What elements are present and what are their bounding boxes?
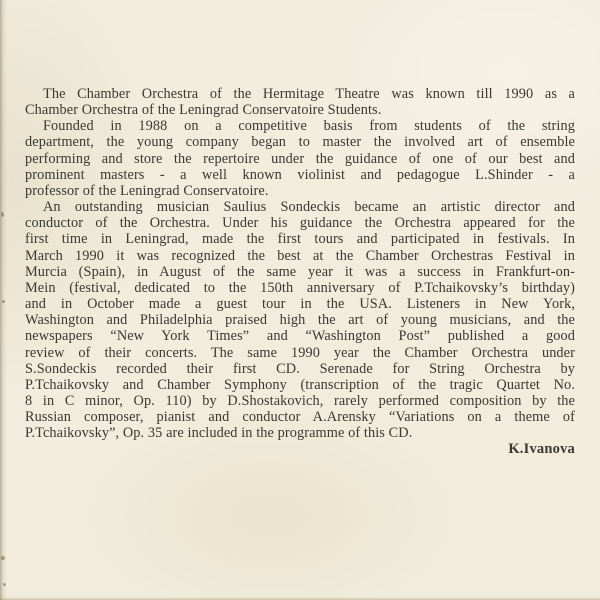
paragraphs-container: The Chamber Orchestra of the Hermitage T… (25, 86, 575, 441)
text-line: Russian composer, pianist and conductor … (25, 409, 575, 425)
paper-speck (2, 300, 5, 303)
text-line: and in October made a guest tour in the … (25, 296, 575, 312)
paper-speck (1, 212, 4, 217)
text-line: The Chamber Orchestra of the Hermitage T… (25, 86, 575, 102)
paper-speck (3, 583, 6, 586)
text-line: Chamber Orchestra of the Leningrad Conse… (25, 102, 575, 118)
text-line: S.Sondeckis recorded their first CD. Ser… (25, 361, 575, 377)
liner-notes-text: The Chamber Orchestra of the Hermitage T… (25, 86, 575, 458)
text-line: review of their concerts. The same 1990 … (25, 345, 575, 361)
text-line: Washington and Philadelphia praised high… (25, 312, 575, 328)
text-line: prominent masters - a well known violini… (25, 167, 575, 183)
text-line: Murcia (Spain), in August of the same ye… (25, 264, 575, 280)
booklet-page: The Chamber Orchestra of the Hermitage T… (0, 0, 600, 600)
paper-speck (1, 556, 5, 560)
text-line: Founded in 1988 on a competitive basis f… (25, 118, 575, 134)
text-line: March 1990 it was recognized the best at… (25, 248, 575, 264)
text-line: performing and store the repertoire unde… (25, 151, 575, 167)
text-line: An outstanding musician Saulius Sondecki… (25, 199, 575, 215)
text-line: conductor of the Orchestra. Under his gu… (25, 215, 575, 231)
text-line: professor of the Leningrad Conservatoire… (25, 183, 575, 199)
text-line: first time in Leningrad, made the first … (25, 231, 575, 247)
text-line: P.Tchaikovsky”, Op. 35 are included in t… (25, 425, 575, 441)
author-signature: K.Ivanova (25, 441, 575, 457)
text-line: 8 in C minor, Op. 110) by D.Shostakovich… (25, 393, 575, 409)
text-line: Mein (festival, dedicated to the 150th a… (25, 280, 575, 296)
text-line: P.Tchaikovsky and Chamber Symphony (tran… (25, 377, 575, 393)
text-line: department, the young company began to m… (25, 134, 575, 150)
text-line: newspapers “New York Times” and “Washing… (25, 328, 575, 344)
